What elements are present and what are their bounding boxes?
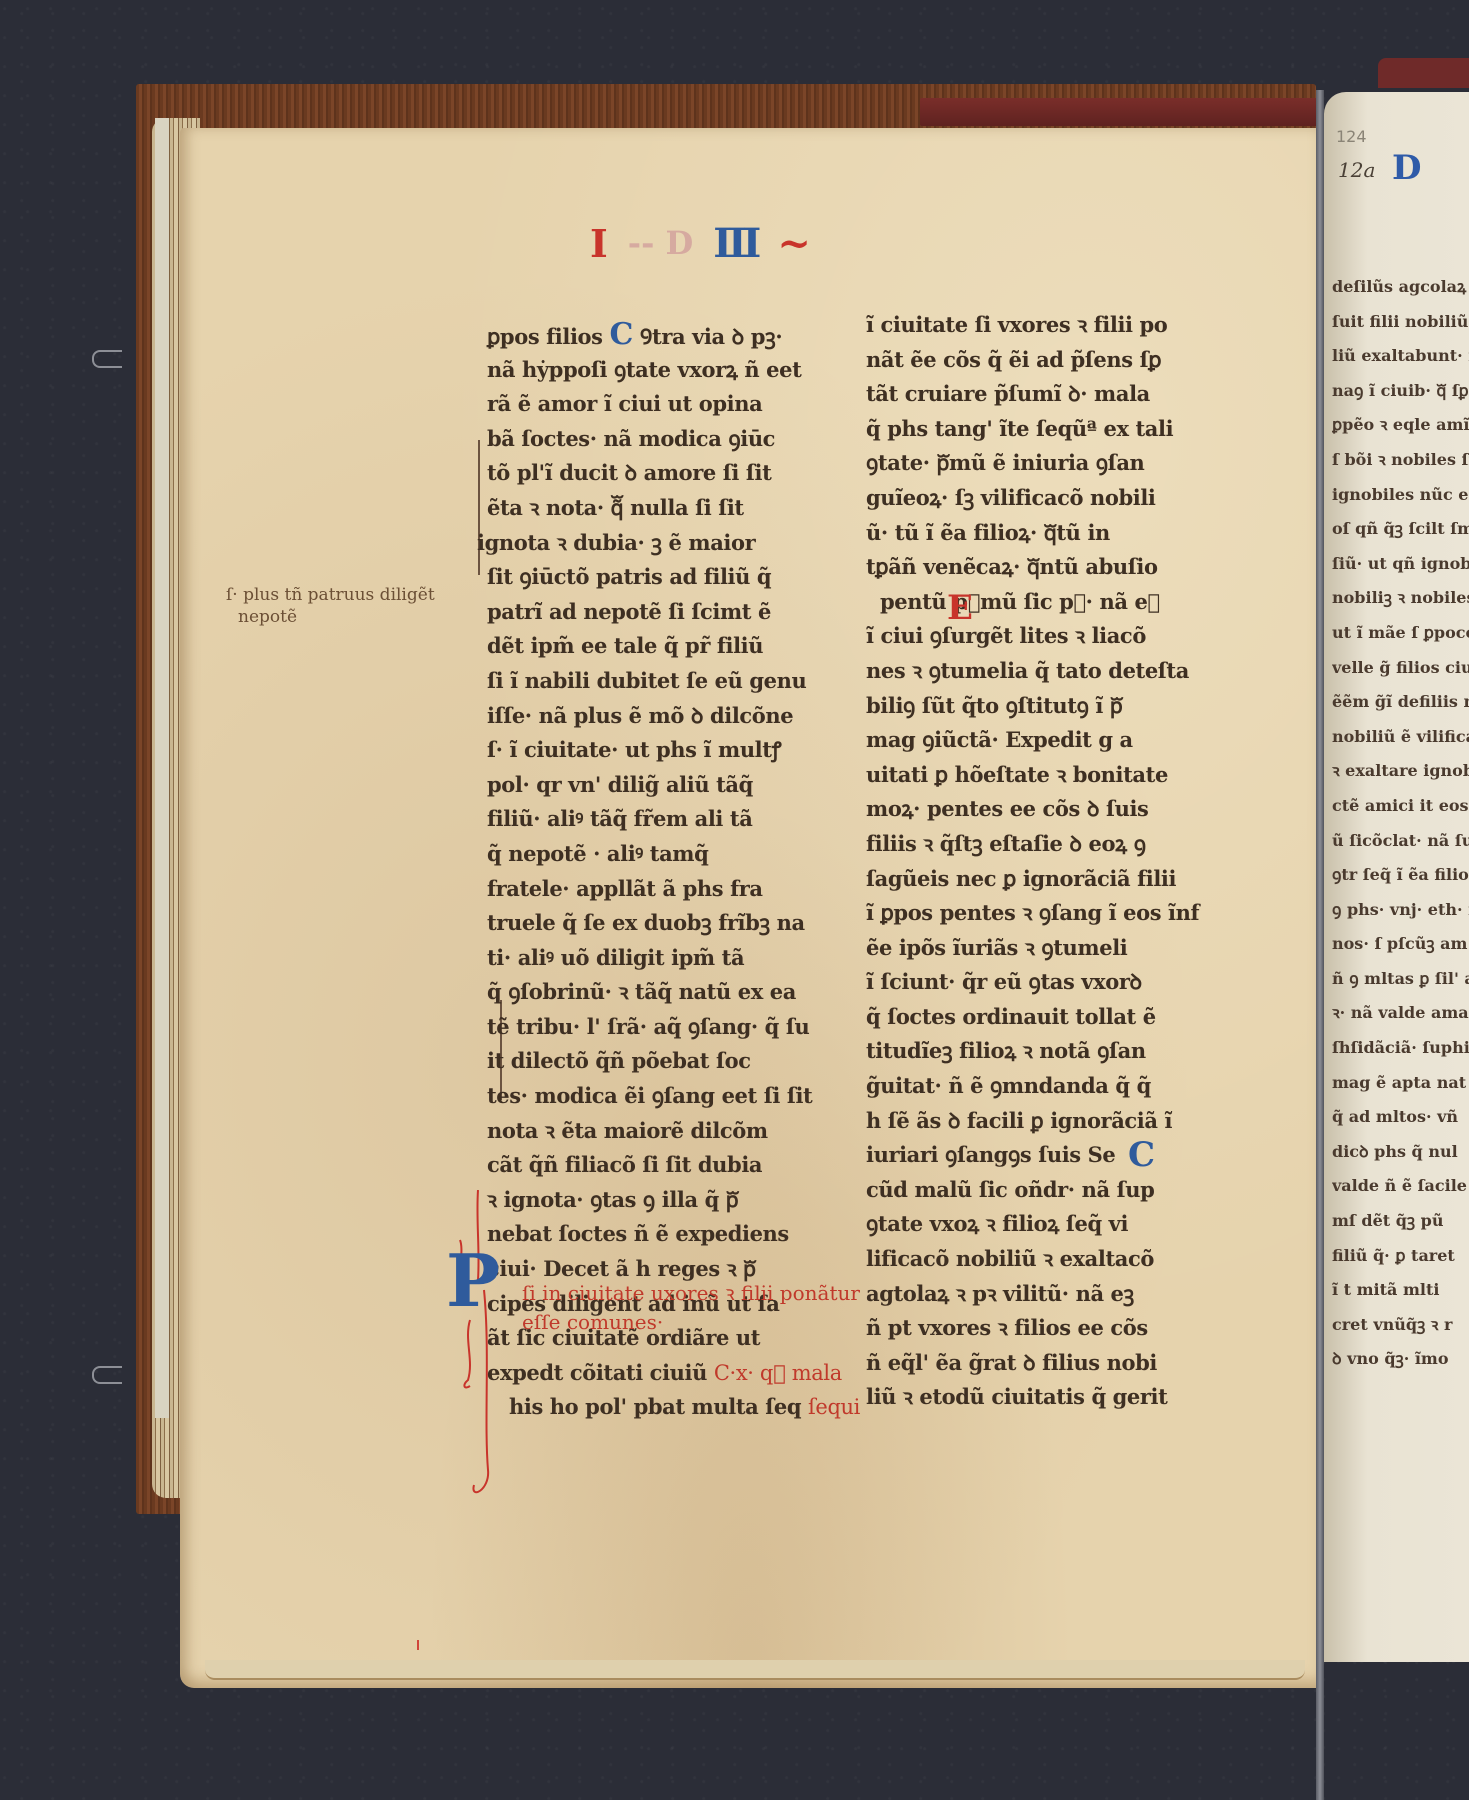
text-line: dicꝺ phs q̃ nul	[1332, 1135, 1469, 1170]
book-gutter	[1316, 90, 1324, 1800]
text-line: ſagũeis nec ꝑ ignorãciã filii	[866, 862, 1211, 897]
blue-initial-C: C	[609, 317, 632, 352]
text-line: tãt cruiare p̃ſumĩ ꝺ· mala	[866, 377, 1211, 412]
text-line: iuriari ꝯſangꝯs ſuis Se	[866, 1138, 1211, 1173]
text-line: dẽt ipm̃ ee tale q̃ pr̃ filiũ	[487, 629, 827, 664]
binding-red-leather-edge	[920, 98, 1320, 126]
rubric-chapter-heading: C·x· qᷓ mala	[714, 1361, 842, 1385]
rubric-line: ſi in ciuitate uxores ꝛ filii ponãtur	[522, 1279, 860, 1308]
text-column-a: ꝑpos filios C Ꝯtra via ꝺ pꝫ· nã hẏppoſi …	[487, 318, 827, 1425]
text-line: q̃ phs tang' ĩte ſeqũª ex tali	[866, 412, 1211, 447]
text-line: rã ẽ amor ĩ ciui ut opina	[487, 387, 827, 422]
text-line: nã hẏppoſi ꝯtate vxorꝝ ñ eet	[487, 353, 827, 388]
text-line: mag ꝯiũctã· Expedit g a	[866, 723, 1211, 758]
text-line: ꝛ ignota· ꝯtas ꝯ illa q̃ pᷓ	[487, 1183, 827, 1218]
running-header: I -- D III ~	[590, 218, 811, 268]
running-header-numeral: III	[713, 220, 757, 267]
text-line: nobiliũ ẽ vilificare	[1332, 720, 1469, 755]
text-line: ĩ ſciunt· q̃r eũ ꝯtas vxorꝺ	[866, 965, 1211, 1000]
text-line: cret vnũq̃ꝫ ꝛ r	[1332, 1308, 1469, 1343]
text-line: ꝑpẽo ꝛ eqle amĩ ſal	[1332, 408, 1469, 443]
text-line: tꝑãñ venẽcaꝝ· qᷓntũ abuſio	[866, 550, 1211, 585]
text-line: cũd malũ ſic oñdr· nã ſup	[866, 1173, 1211, 1208]
text-line: lificacõ nobiliũ ꝛ exaltacõ	[866, 1242, 1211, 1277]
text-line: nos· ſ pſcũꝫ am	[1332, 927, 1469, 962]
text-line: ñ pt vxores ꝛ filios ee cõs	[866, 1311, 1211, 1346]
text-line: ctẽ amici it eos	[1332, 789, 1469, 824]
text-line: agtolaꝝ ꝛ pꝛ vilitũ· nã eꝫ	[866, 1277, 1211, 1312]
text-line: q̃ ad mltos· vñ	[1332, 1100, 1469, 1135]
rubric-line: eſſe comunes·	[522, 1308, 860, 1337]
text-line: ſuit filii nobiliũ repᷓme	[1332, 305, 1469, 340]
text-line: ſ· ĩ ciuitate· ut phs ĩ multꝭ	[487, 733, 827, 768]
text-line: fratele· appllãt ã phs fra	[487, 872, 827, 907]
page-bottom-edge	[205, 1660, 1305, 1680]
text-line: ñ ꝯ mltas ꝑ ſil' a	[1332, 962, 1469, 997]
red-initial-E: E	[947, 588, 973, 628]
binding-clip-icon	[92, 350, 122, 368]
recto-text-column: deſilũs agcolaꝝ ꝛ pꝛ v ſuit filii nobili…	[1332, 270, 1469, 1377]
text-line: tẽ tribu· l' ſrã· aq̃ ꝯſang· q̃ ſu	[487, 1010, 827, 1045]
text-line: ĩ ꝑpos pentes ꝛ ꝯſang ĩ eos ĩnf	[866, 896, 1211, 931]
text-line: ẽe ipõs ĩuriãs ꝛ ꝯtumeli	[866, 931, 1211, 966]
text-line: ꝯ phs· vnj· eth· ni	[1332, 893, 1469, 928]
text-line: ꝛ· nã valde ama	[1332, 996, 1469, 1031]
text-line: titudĩeꝫ filioꝝ ꝛ notã ꝯſan	[866, 1034, 1211, 1069]
text-line: ĩ ciuitate ſi vxores ꝛ filii po	[866, 308, 1211, 343]
text-line: ꝑpos filios C Ꝯtra via ꝺ pꝫ·	[487, 318, 827, 353]
text-line: velle g̃ filios ciuiũ ꝯ	[1332, 651, 1469, 686]
text-line: nobiliꝫ ꝛ nobiles e	[1332, 581, 1469, 616]
right-binding-edge	[1378, 58, 1469, 88]
text-line: naꝯ ĩ ciuib· qᷓ ſꝑ plu	[1332, 374, 1469, 409]
decorated-initial-P: P	[446, 1238, 500, 1323]
text-line: pol· qr vn' dilig̃ aliũ tãq̃	[487, 768, 827, 803]
text-line: biliꝯ ſũt q̃to ꝯſtitutꝯ ĩ pᷓ	[866, 689, 1211, 724]
text-line: q̃ ſoctes ordinauit tollat ẽ	[866, 1000, 1211, 1035]
text-line: patrĩ ad nepotẽ ſi ſcimt ẽ	[487, 595, 827, 630]
text-line: deſilũs agcolaꝝ ꝛ pꝛ v	[1332, 270, 1469, 305]
text-line: q̃ ꝯſobrinũ· ꝛ tãq̃ natũ ex ea	[487, 975, 827, 1010]
rubric-inline: ſequi	[808, 1395, 860, 1419]
text-line: h ſẽ ãs ꝺ facili ꝑ ignorãciã ĩ	[866, 1104, 1211, 1139]
text-line: tes· modica ẽi ꝯſang eet ſi ſit	[487, 1079, 827, 1114]
text-line: ũ· tũ ĩ ẽa filioꝝ· qᷓtũ in	[866, 516, 1211, 551]
flyleaf-edge	[155, 118, 169, 1418]
text-line: mſ dẽt q̃ꝫ pũ	[1332, 1204, 1469, 1239]
text-line: nebat ſoctes ñ ẽ expediens	[487, 1217, 827, 1252]
running-header-left-mark: I	[590, 221, 608, 266]
text-column-b: ĩ ciuitate ſi vxores ꝛ filii po nãt ẽe c…	[866, 308, 1211, 1415]
ruling-prick-mark	[417, 1640, 419, 1650]
text-line: ſiũ· ut qñ ignobiles	[1332, 547, 1469, 582]
text-line: filiis ꝛ q̃ſtꝫ eſtaſie ꝺ eoꝝ ꝯ	[866, 827, 1211, 862]
text-line: cãt q̃ñ filiacõ ſi ſit dubia	[487, 1148, 827, 1183]
text-line: pentũ pᷓmũ ſic pꝫ· nã eꝫ	[866, 585, 1211, 620]
text-line: ꝯtate vxoꝝ ꝛ filioꝝ ſeq̃ vi	[866, 1207, 1211, 1242]
marginal-note-line: ſ· plus tñ patruus diligẽt	[226, 584, 435, 606]
text-line: ẽta ꝛ nota· q̃ᷓ nulla ſi ſit	[487, 491, 827, 526]
marginal-note: ſ· plus tñ patruus diligẽt nepotẽ	[226, 584, 435, 628]
text-line: ẽẽm g̃ĩ defiliis nob	[1332, 685, 1469, 720]
text-line: liũ exaltabunt· nõ g̃ c	[1332, 339, 1469, 374]
text-line: ſi ĩ nabili dubitet ſe eũ genu	[487, 664, 827, 699]
text-line: oſ qñ q̃ꝫ ſcilt ſm ꝑ	[1332, 512, 1469, 547]
text-line: g̃uitat· ñ ẽ ꝯmndanda q̃ q̃	[866, 1069, 1211, 1104]
text-line: ꝯtate· pᷓmũ ẽ iniuria ꝯſan	[866, 446, 1211, 481]
text-line: ĩ ciui ꝯſurgẽt lites ꝛ liacõ	[866, 619, 1211, 654]
text-line: ſ bõi ꝛ nobiles ſit ſu	[1332, 443, 1469, 478]
text-line: tõ pl'ĩ ducit ꝺ amore ſi ſit	[487, 456, 827, 491]
text-line: mag ẽ apta nat	[1332, 1066, 1469, 1101]
text-line: nes ꝛ ꝯtumelia q̃ tato deteſta	[866, 654, 1211, 689]
text-line: bã ſoctes· nã modica ꝯiūc	[487, 422, 827, 457]
text-line: it dilectõ q̃ñ põebat ſoc	[487, 1044, 827, 1079]
text-line: moꝝ· pentes ee cõs ꝺ ſuis	[866, 792, 1211, 827]
text-line: filiũ· aliꝰ tãq̃ fr̃em ali tã	[487, 802, 827, 837]
running-header-faint: -- D	[628, 224, 693, 262]
text-line: ſit ꝯiūctõ patris ad filiũ q̃	[487, 560, 827, 595]
blue-initial-C: C	[1128, 1135, 1155, 1175]
text-line: guĩeoꝝ· ſꝫ vilificacõ nobili	[866, 481, 1211, 516]
text-line: ĩ t mitã mlti	[1332, 1273, 1469, 1308]
text-line: uitati ꝑ hõeſtate ꝛ bonitate	[866, 758, 1211, 793]
text-line: filiũ q̃· ꝑ taret	[1332, 1239, 1469, 1274]
text-line: ignota ꝛ dubia· ꝫ ẽ maior	[477, 526, 827, 561]
blue-letter-D: D	[1392, 148, 1421, 188]
text-line: his ho pol' pbat multa ſeq ſequi	[487, 1390, 827, 1425]
text-line: truele q̃ ſe ex duobꝫ frĩbꝫ na	[487, 906, 827, 941]
text-line: nota ꝛ ẽta maiorẽ dilcõm	[487, 1114, 827, 1149]
text-line: ꝯtr ſeq̃ ĩ ẽa filio	[1332, 858, 1469, 893]
text-line: valde ñ ẽ ſacile	[1332, 1169, 1469, 1204]
text-line: ut ĩ mãe ſ ꝑpocom	[1332, 616, 1469, 651]
running-header-tail: ~	[777, 220, 811, 267]
text-line: ñ eq̃l' ẽa g̃rat ꝺ filius nobi	[866, 1346, 1211, 1381]
text-line: liũ ꝛ etodũ ciuitatis q̃ gerit	[866, 1380, 1211, 1415]
binding-clip-icon	[92, 1366, 122, 1384]
text-line: ti· aliꝰ uõ diligit ipm̃ tã	[487, 941, 827, 976]
text-line: q̃ nepotẽ · aliꝰ tamq̃	[487, 837, 827, 872]
text-line: ũ ſicõclat· nã ſup	[1332, 824, 1469, 859]
text-line: ꝺ vno q̃ꝫ· ĩmo	[1332, 1342, 1469, 1377]
folio-number: 124	[1336, 127, 1367, 146]
text-line: ꝛ exaltare ignobilo	[1332, 754, 1469, 789]
text-line: expedt cõitati ciuiũ C·x· qᷓ mala	[487, 1356, 827, 1391]
folio-mark: 12a	[1338, 158, 1375, 182]
text-line: nãt ẽe cõs q̃ ẽi ad p̃ſens ſꝑ	[866, 343, 1211, 378]
text-line: ſhſidãciã· ſuphi	[1332, 1031, 1469, 1066]
rubric-chapter-title: ſi in ciuitate uxores ꝛ filii ponãtur eſ…	[522, 1279, 860, 1337]
text-line: iſſe· nã plus ẽ mõ ꝺ dilcõne	[487, 699, 827, 734]
marginal-note-line: nepotẽ	[226, 606, 435, 628]
text-line: ignobiles nũc eamic	[1332, 478, 1469, 513]
